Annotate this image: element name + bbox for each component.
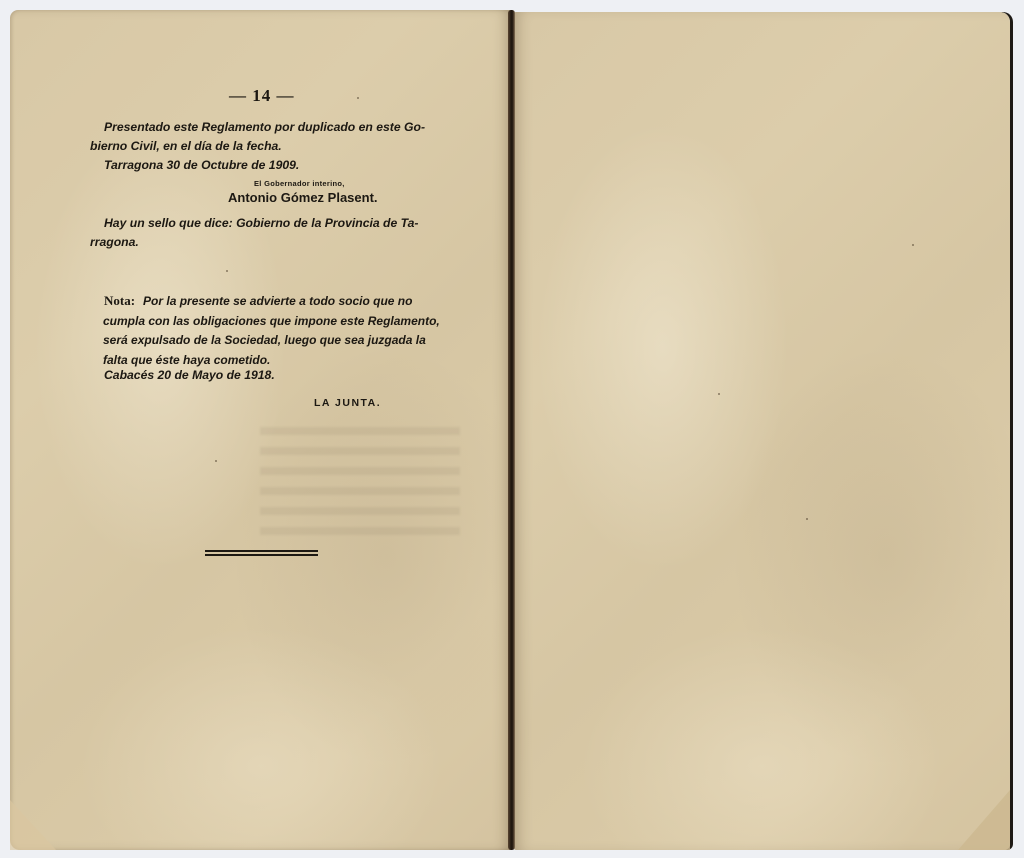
text-line: cumpla con las obligaciones que impone e… — [103, 312, 438, 332]
nota-first-line: Nota:Por la presente se advierte a todo … — [104, 291, 438, 312]
text-line: bierno Civil, en el día de la fecha. — [90, 137, 438, 156]
right-page-blank — [514, 12, 1010, 850]
governor-name: Antonio Gómez Plasent. — [228, 190, 378, 205]
page-number: — 14 — — [229, 86, 295, 106]
double-rule-divider — [205, 550, 318, 556]
paper-speck — [718, 393, 720, 395]
right-page-corner-fold — [958, 790, 1010, 850]
date-cabaces: Cabacés 20 de Mayo de 1918. — [104, 368, 275, 382]
nota-paragraph: Nota:Por la presente se advierte a todo … — [104, 291, 438, 370]
paper-speck — [226, 270, 228, 272]
booklet-spread: — 14 — Presentado este Reglamento por du… — [0, 0, 1024, 858]
ink-show-through — [260, 415, 460, 545]
seal-paragraph: Hay un sello que dice: Gobierno de la Pr… — [104, 214, 438, 252]
text-line: Por la presente se advierte a todo socio… — [143, 294, 412, 308]
text-line: Hay un sello que dice: Gobierno de la Pr… — [104, 214, 438, 233]
paper-speck — [357, 97, 359, 99]
signature: LA JUNTA. — [314, 397, 381, 409]
nota-label: Nota: — [104, 293, 135, 308]
text-line: Presentado este Reglamento por duplicado… — [104, 118, 438, 137]
presentation-paragraph: Presentado este Reglamento por duplicado… — [104, 118, 438, 156]
governor-title: El Gobernador interino, — [254, 179, 345, 188]
paper-speck — [912, 244, 914, 246]
paper-speck — [806, 518, 808, 520]
left-page-corner-wear — [10, 800, 56, 850]
text-line: rragona. — [90, 233, 438, 252]
text-line: será expulsado de la Sociedad, luego que… — [103, 331, 438, 351]
book-gutter — [508, 10, 515, 850]
paper-speck — [215, 460, 217, 462]
date-tarragona: Tarragona 30 de Octubre de 1909. — [104, 156, 438, 175]
